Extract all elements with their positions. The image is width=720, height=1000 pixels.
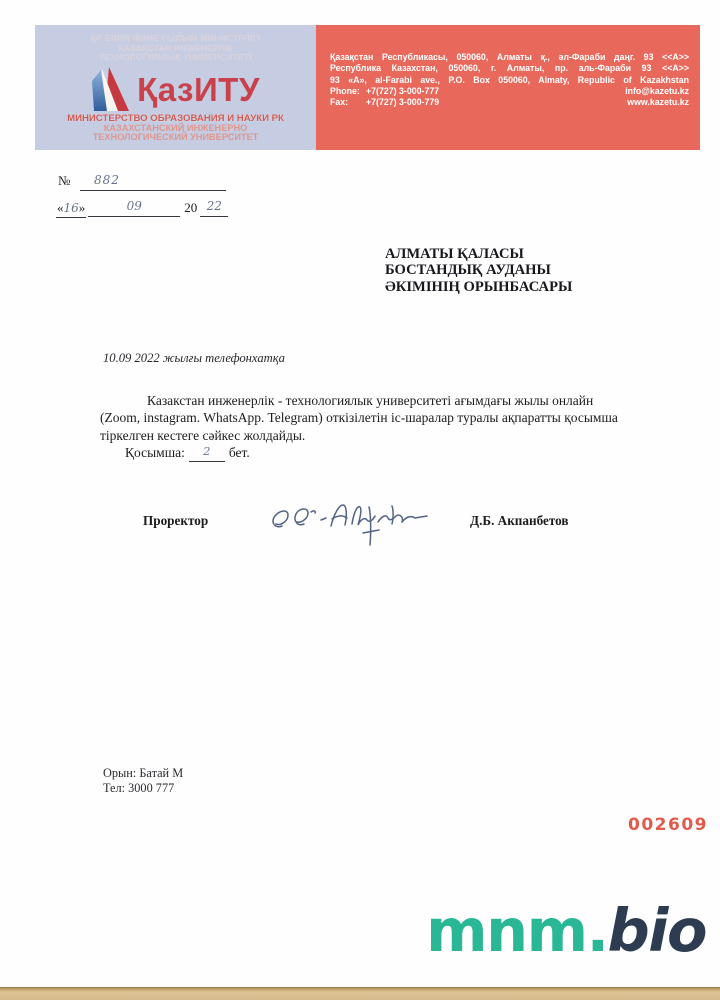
fax-block: Fax:+7(727) 3-000-779 [330, 97, 439, 108]
doc-date-row: «16»092022 [56, 200, 228, 218]
university-kk-line-2: ТЕХНОЛОГИЯЛЫҚ УНИВЕРСИТЕТІ [35, 53, 316, 63]
body-paragraph: Казакстан инженерлік - технологиялык уни… [100, 392, 633, 444]
doc-date-year-line: 22 [200, 200, 228, 217]
phone-number: +7(727) 3-000-777 [366, 86, 439, 97]
watermark-bio: bio [608, 896, 707, 965]
serial-number-stamp: 002609 [628, 815, 708, 835]
doc-number-line: 882 [80, 162, 226, 191]
university-ru-line-2: ТЕХНОЛОГИЧЕСКИЙ УНИВЕРСИТЕТ [35, 133, 316, 143]
doc-date-day-wrap: «16» [56, 200, 86, 218]
phone-block: Phone:+7(727) 3-000-777 [330, 86, 439, 97]
recipient-block: АЛМАТЫ ҚАЛАСЫ БОСТАНДЫҚ АУДАНЫ ӘКІМІНІҢ … [385, 246, 572, 295]
recipient-line-3: ӘКІМІНІҢ ОРЫНБАСАРЫ [385, 279, 572, 295]
address-en: 93 «А», al-Farabi ave., P.O. Box 050060,… [330, 75, 689, 86]
scan-edge-strip [0, 987, 720, 1000]
watermark-mnm: mnm [426, 896, 586, 965]
signature-autograph [268, 492, 443, 550]
doc-date-month-line: 09 [88, 200, 180, 217]
doc-date-day-handwritten: 16 [64, 201, 79, 215]
doc-number-handwritten: 882 [94, 173, 120, 187]
signer-name: Д.Б. Акпанбетов [470, 513, 569, 529]
ministry-kk-lines: ҚР БІЛІМ ЖӘНЕ ҒЫЛЫМ МИНИСТРЛІГІ ҚАЗАҚСТА… [35, 25, 316, 63]
reference-line: 10.09 2022 жылғы телефонхатқа [103, 351, 285, 366]
phone-row: Phone:+7(727) 3-000-777 info@kazetu.kz [330, 86, 689, 97]
doc-number-label: № [58, 173, 70, 189]
website-url: www.kazetu.kz [627, 97, 689, 108]
logo-wordmark: ҚазИТУ [137, 73, 260, 106]
fax-label: Fax: [330, 97, 366, 108]
letterhead-right-block: Қазақстан Республикасы, 050060, Алматы қ… [316, 25, 700, 150]
close-quote: » [79, 200, 86, 215]
executor-phone: Тел: 3000 777 [103, 781, 183, 796]
mnm-bio-watermark: mnm.bio [426, 896, 706, 965]
university-logo-icon [91, 66, 133, 112]
address-ru: Республика Казахстан, 050060, г. Алматы,… [330, 63, 689, 74]
letterhead-left-block: ҚР БІЛІМ ЖӘНЕ ҒЫЛЫМ МИНИСТРЛІГІ ҚАЗАҚСТА… [35, 25, 316, 150]
scanned-letter-page: ҚР БІЛІМ ЖӘНЕ ҒЫЛЫМ МИНИСТРЛІГІ ҚАЗАҚСТА… [0, 0, 720, 1000]
phone-label: Phone: [330, 86, 366, 97]
watermark-dot: . [587, 896, 608, 965]
fax-row: Fax:+7(727) 3-000-779 www.kazetu.kz [330, 97, 689, 108]
address-kk: Қазақстан Республикасы, 050060, Алматы қ… [330, 52, 689, 63]
recipient-line-2: БОСТАНДЫҚ АУДАНЫ [385, 262, 572, 278]
recipient-line-1: АЛМАТЫ ҚАЛАСЫ [385, 246, 572, 262]
ministry-ru-lines: МИНИСТЕРСТВО ОБРАЗОВАНИЯ И НАУКИ РК КАЗА… [35, 114, 316, 143]
executor-block: Орын: Батай М Тел: 3000 777 [103, 766, 183, 796]
email-address: info@kazetu.kz [625, 86, 689, 97]
attachment-suffix: бет. [229, 445, 250, 460]
attachment-pages-handwritten: 2 [203, 444, 210, 458]
doc-date-month-handwritten: 09 [127, 199, 142, 213]
attachment-line: 2 [189, 445, 225, 462]
letterhead: ҚР БІЛІМ ЖӘНЕ ҒЫЛЫМ МИНИСТРЛІГІ ҚАЗАҚСТА… [35, 25, 700, 150]
signer-title: Проректор [143, 513, 208, 529]
executor-name: Орын: Батай М [103, 766, 183, 781]
attachment-label: Қосымша: [125, 445, 185, 460]
fax-number: +7(727) 3-000-779 [366, 97, 439, 108]
doc-date-year-handwritten: 22 [207, 199, 222, 213]
doc-date-century: 20 [184, 200, 197, 215]
attachment-row: Қосымша:2бет. [125, 445, 250, 462]
logo-row: ҚазИТУ [35, 66, 316, 113]
